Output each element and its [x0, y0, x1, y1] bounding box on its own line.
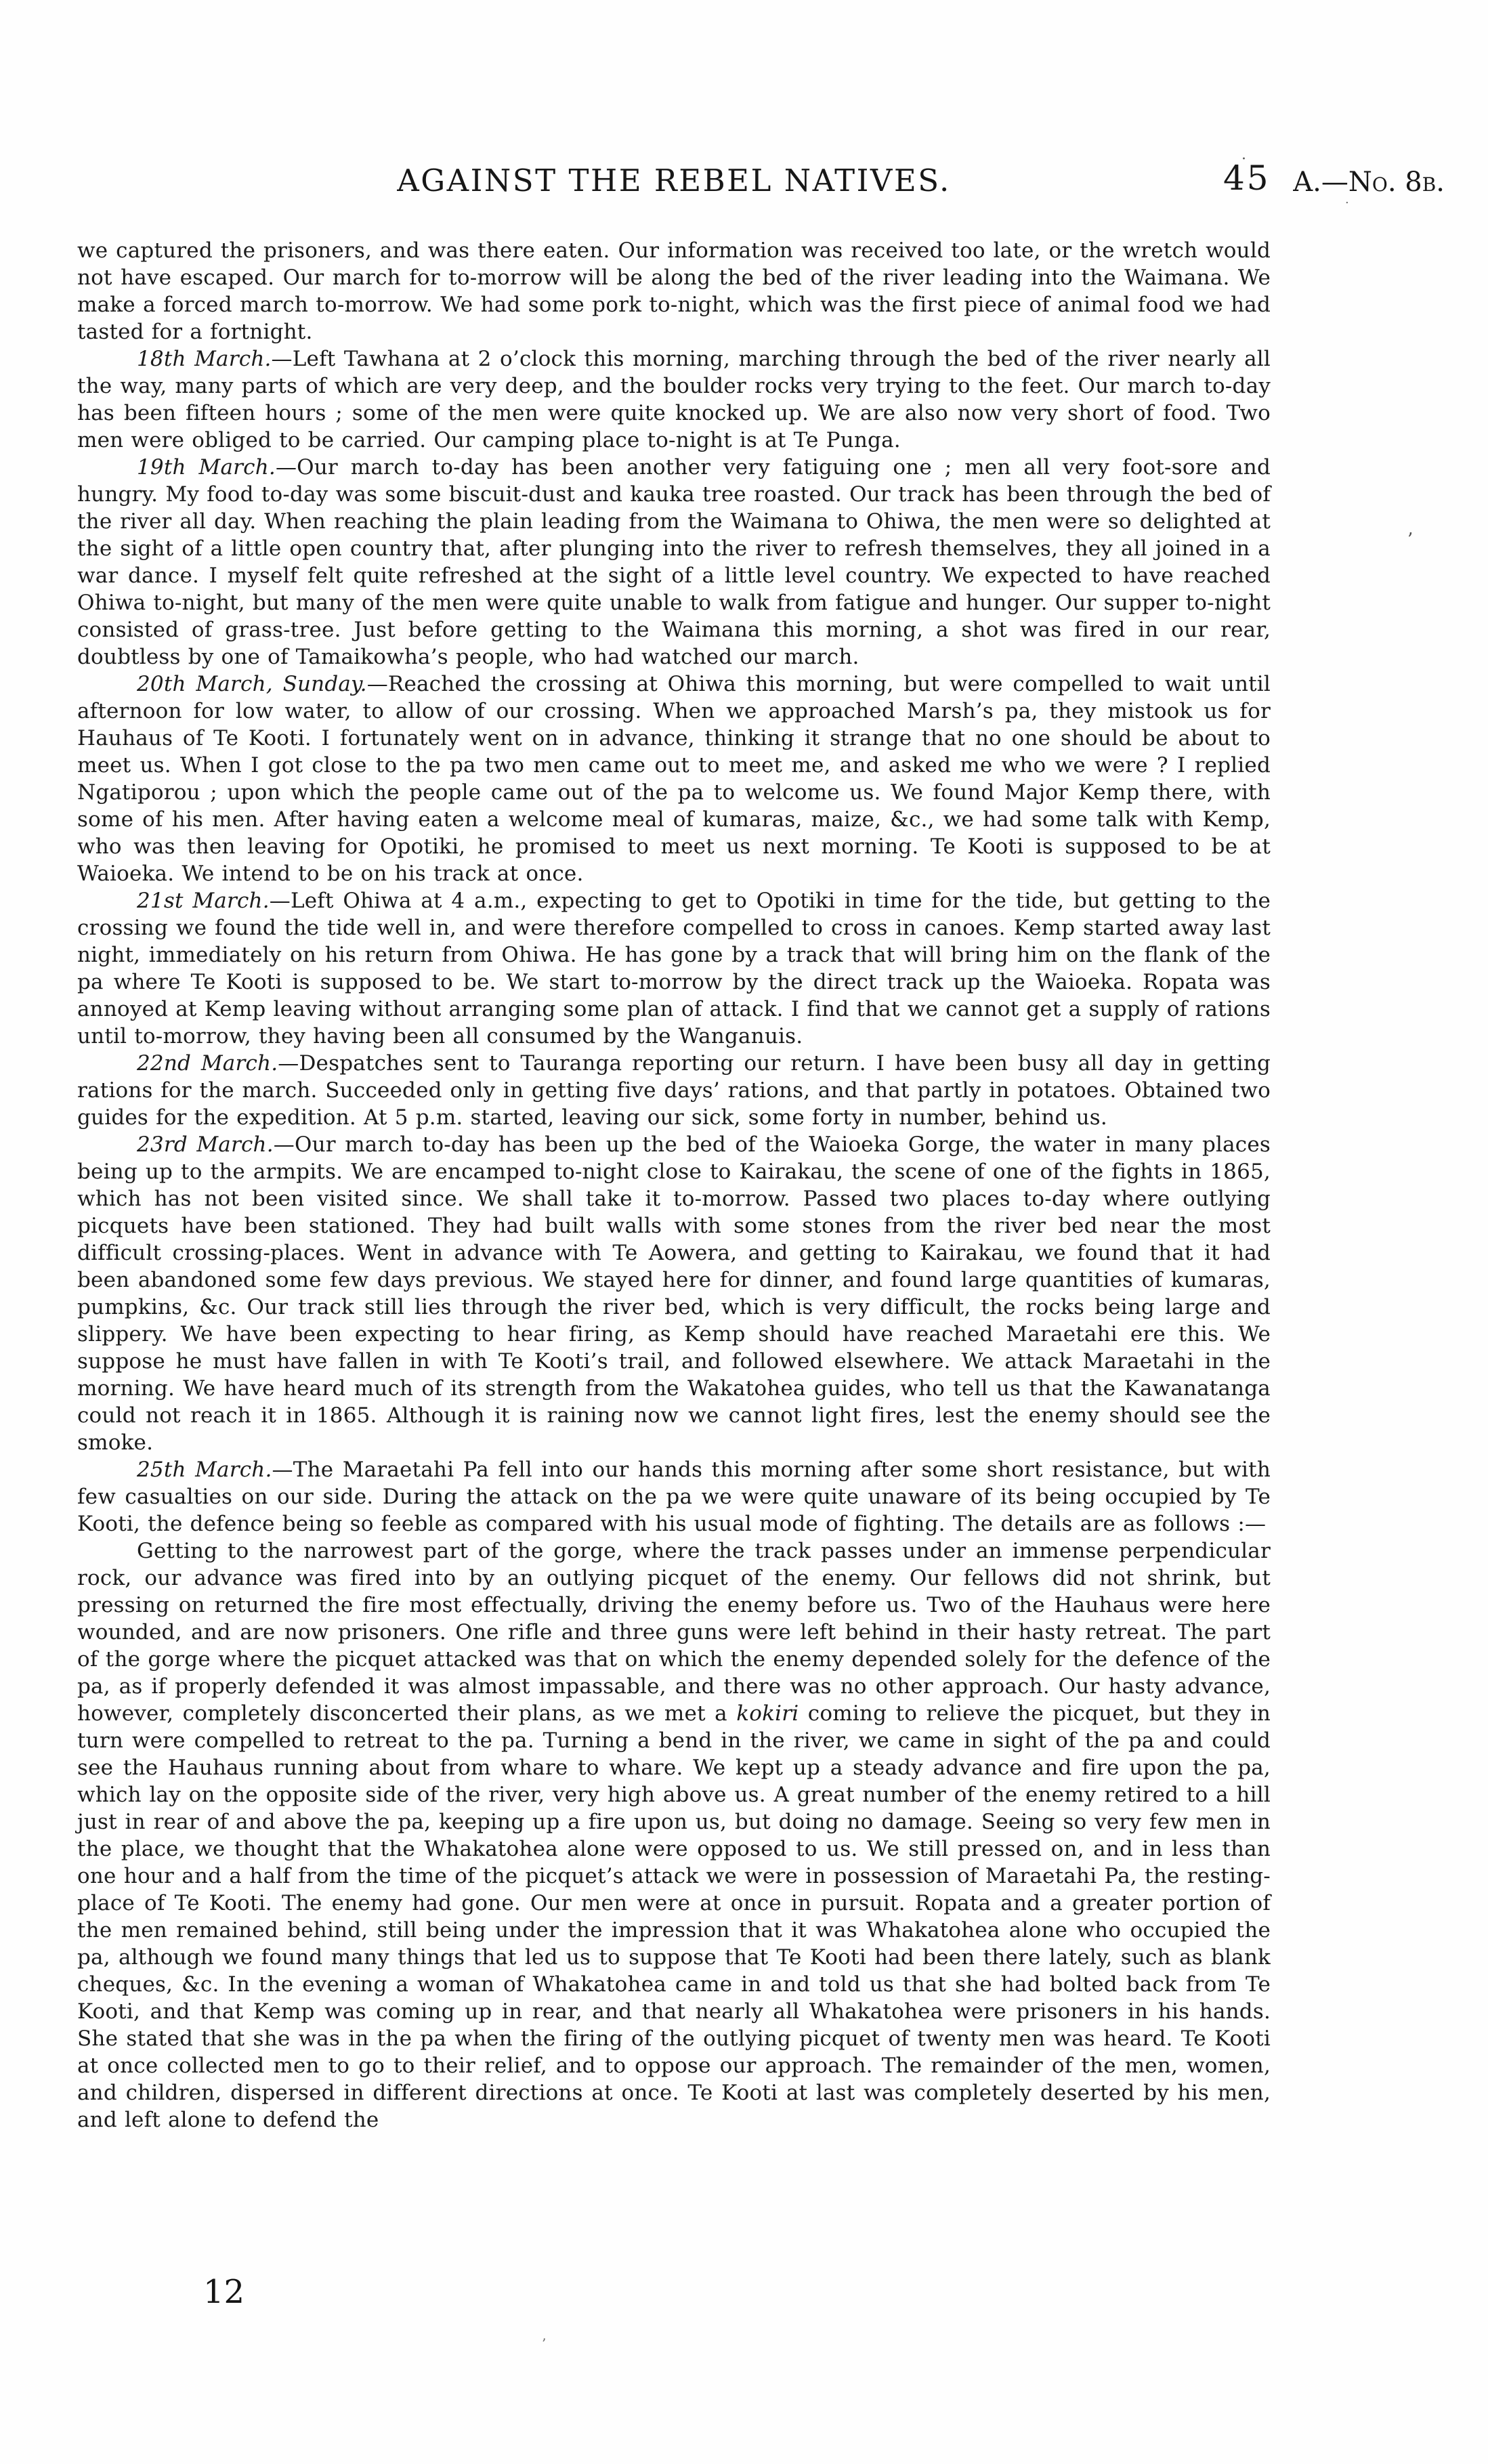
paragraph-text: —Our march to-day has been up the bed of… — [77, 1132, 1271, 1455]
italic-word-kokiri: kokiri — [736, 1701, 799, 1726]
date-lead: 20th March, Sunday. — [137, 672, 367, 696]
paragraph-continuation: we captured the prisoners, and was there… — [77, 237, 1271, 345]
paragraph-attack-details: Getting to the narrowest part of the gor… — [77, 1537, 1271, 2133]
paragraph-22nd-march: 22nd March.—Despatches sent to Tauranga … — [77, 1050, 1271, 1131]
paragraph-text: coming to relieve the picquet, but they … — [77, 1701, 1271, 2132]
page-number: 45 — [1223, 158, 1271, 198]
date-lead: 21st March. — [137, 889, 270, 913]
paragraph-text: —Our march to-day has been another very … — [77, 455, 1271, 669]
ink-speck: . — [1241, 146, 1246, 163]
paragraph-18th-march: 18th March.—Left Tawhana at 2 o’clock th… — [77, 345, 1271, 454]
date-lead: 23rd March. — [137, 1132, 274, 1157]
paragraph-text: Getting to the narrowest part of the gor… — [77, 1539, 1271, 1726]
ink-speck: ’ — [1407, 530, 1413, 550]
paragraph-text: —Reached the crossing at Ohiwa this morn… — [77, 672, 1271, 886]
document-body: we captured the prisoners, and was there… — [77, 237, 1271, 2133]
printer-signature-mark: 12 — [203, 2273, 245, 2311]
date-lead: 18th March. — [137, 347, 272, 371]
date-lead: 22nd March. — [137, 1051, 278, 1076]
paragraph-23rd-march: 23rd March.—Our march to-day has been up… — [77, 1131, 1271, 1456]
paragraph-20th-march: 20th March, Sunday.—Reached the crossing… — [77, 671, 1271, 887]
paragraph-21st-march: 21st March.—Left Ohiwa at 4 a.m., expect… — [77, 887, 1271, 1050]
paragraph-19th-march: 19th March.—Our march to-day has been an… — [77, 454, 1271, 671]
paragraph-text: we captured the prisoners, and was there… — [77, 238, 1271, 344]
date-lead: 19th March. — [137, 455, 276, 480]
ink-speck: . — [1345, 192, 1349, 207]
document-reference: A.—No. 8b. — [1293, 167, 1445, 198]
document-page: AGAINST THE REBEL NATIVES. 45 A.—No. 8b.… — [0, 0, 1488, 2464]
date-lead: 25th March. — [137, 1458, 272, 1482]
document-title: AGAINST THE REBEL NATIVES. — [77, 163, 1271, 198]
paragraph-25th-march: 25th March.—The Maraetahi Pa fell into o… — [77, 1456, 1271, 1537]
ink-speck: ’ — [542, 2335, 546, 2352]
